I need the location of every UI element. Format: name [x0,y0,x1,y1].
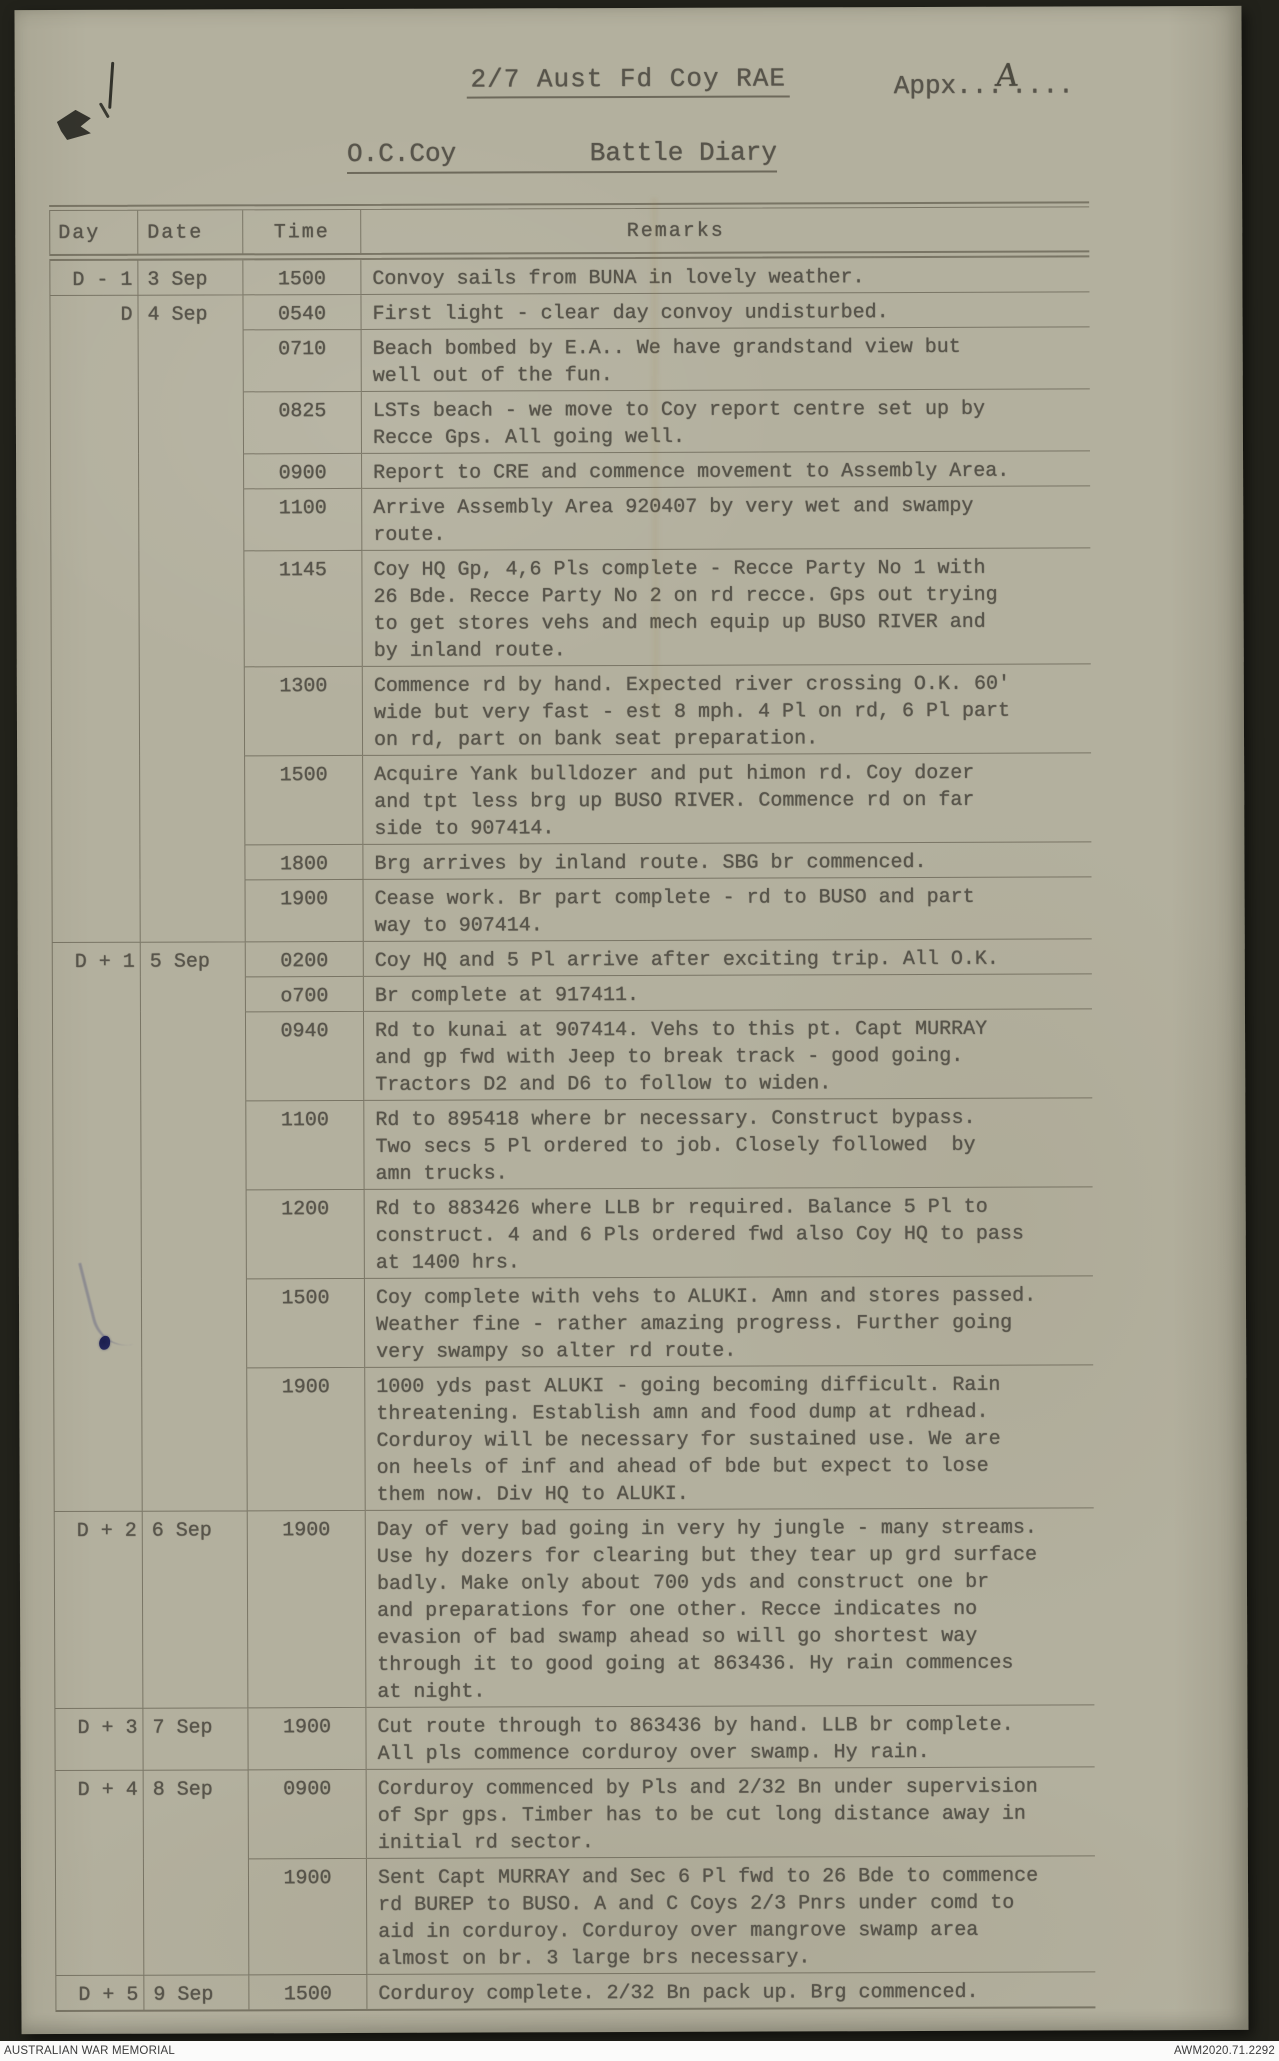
subtitle-spacer [456,138,590,168]
day-cell: D + 2 [54,1511,144,1708]
column-header-day: Day [49,211,138,254]
table-row: 1145 Coy HQ Gp, 4,6 Pls complete - Recce… [50,547,1090,667]
time-cell: 1500 [247,1278,365,1367]
time-cell: 1300 [245,666,363,755]
table-row: D 4 Sep 0540 First light - clear day con… [49,291,1089,330]
remarks-cell: Br complete at 917411. [364,973,1092,1011]
remarks-cell: Day of very bad going in very hy jungle … [366,1507,1095,1707]
day-cell: D + 4 [55,1770,144,1859]
table-row: D + 2 6 Sep 1900 Day of very bad going i… [54,1507,1095,1708]
time-cell: 0710 [244,329,362,391]
day-cell [51,667,140,756]
time-cell: 1500 [243,259,361,294]
remarks-cell: Rd to 895418 where br necessary. Constru… [364,1097,1092,1189]
date-cell [142,1367,247,1510]
remarks-cell: 1000 yds past ALUKI - going becoming dif… [365,1364,1093,1510]
subtitle-diary: Battle Diary [590,137,777,168]
column-header-date: Date [138,210,243,253]
date-cell [141,879,246,941]
time-cell: 0900 [244,453,362,488]
column-header-time: Time [243,210,361,253]
table-row: 1500 Coy complete with vehs to ALUKI. Am… [53,1275,1093,1368]
time-cell: 1900 [248,1510,367,1707]
date-cell: 7 Sep [143,1707,248,1769]
date-cell [139,329,244,391]
appendix-label: Appx...A.... [894,64,1074,101]
remarks-cell: Coy HQ and 5 Pl arrive after exciting tr… [364,938,1092,976]
remarks-cell: Coy HQ Gp, 4,6 Pls complete - Recce Part… [362,547,1090,666]
time-cell: 1900 [249,1858,367,1974]
date-cell [139,391,244,453]
remarks-cell: Report to CRE and commence movement to A… [362,450,1090,488]
day-cell [50,330,139,392]
time-cell: 1145 [244,550,362,666]
table-row: 1900 Cease work. Br part complete - rd t… [52,876,1092,942]
time-cell: 0540 [243,294,361,329]
date-cell [144,1858,249,1974]
remarks-cell: Cut route through to 863436 by hand. LLB… [366,1704,1094,1769]
date-cell [139,550,244,666]
time-cell: o700 [246,976,364,1011]
date-cell [141,1011,246,1100]
subtitle-unit: O.C.Coy [347,139,456,169]
date-cell [139,488,244,550]
date-cell [140,755,245,844]
archive-name: AUSTRALIAN WAR MEMORIAL [4,2045,175,2057]
day-cell: D + 5 [55,1975,144,2010]
table-row: o700 Br complete at 917411. [52,973,1092,1012]
table-row: 1300 Commence rd by hand. Expected river… [51,663,1091,756]
table-row: 1100 Rd to 895418 where br necessary. Co… [52,1097,1092,1190]
table-row: 0900 Report to CRE and commence movement… [50,450,1090,489]
day-cell [50,392,139,454]
table-row: 1900 Sent Capt MURRAY and Sec 6 Pl fwd t… [55,1855,1095,1975]
archive-caption-bar: AUSTRALIAN WAR MEMORIAL AWM2020.71.2292 [0,2041,1279,2061]
date-cell [142,1189,247,1278]
day-cell [50,551,139,667]
date-cell [140,666,245,755]
time-cell: 0825 [244,391,362,453]
table-row: D + 5 9 Sep 1500 Corduroy complete. 2/32… [55,1971,1095,2010]
day-cell [51,756,140,845]
table-row: D + 1 5 Sep 0200 Coy HQ and 5 Pl arrive … [52,938,1092,977]
date-cell [141,1100,246,1189]
time-cell: 1900 [248,1707,366,1769]
time-cell: 1500 [249,1974,367,2009]
day-cell [52,977,141,1012]
remarks-cell: Arrive Assembly Area 920407 by very wet … [362,485,1090,550]
table-row: 0940 Rd to kunai at 907414. Vehs to this… [52,1008,1092,1101]
time-cell: 1900 [246,879,364,941]
remarks-cell: Coy complete with vehs to ALUKI. Amn and… [365,1275,1093,1367]
date-cell: 8 Sep [144,1769,249,1858]
date-cell [140,844,245,879]
date-cell [139,453,244,488]
remarks-cell: First light - clear day convoy undisturb… [361,291,1089,329]
column-header-remarks: Remarks [361,207,1089,253]
remarks-cell: Corduroy complete. 2/32 Bn pack up. Brg … [367,1971,1095,2009]
time-cell: 1200 [247,1189,365,1278]
remarks-cell: Commence rd by hand. Expected river cros… [363,663,1091,755]
day-cell [52,880,141,942]
time-cell: 0940 [246,1011,364,1100]
remarks-cell: Corduroy commenced by Pls and 2/32 Bn un… [367,1766,1095,1858]
date-cell: 9 Sep [144,1974,249,2009]
table-row: 1200 Rd to 883426 where LLB br required.… [53,1186,1093,1279]
table-row: 0825 LSTs beach - we move to Coy report … [50,388,1090,454]
date-cell: 6 Sep [143,1510,249,1707]
paper-tear-mark [57,110,91,140]
handwritten-appendix-letter: A [994,58,1020,94]
scan-background: { "header": { "unit_title": "2/7 Aust Fd… [0,0,1279,2061]
table-header-row: Day Date Time Remarks [49,207,1089,254]
archive-accession-number: AWM2020.71.2292 [1174,2045,1275,2057]
time-cell: 1800 [245,844,363,879]
table-row: D - 1 3 Sep 1500 Convoy sails from BUNA … [49,256,1089,295]
remarks-cell: Sent Capt MURRAY and Sec 6 Pl fwd to 26 … [367,1855,1095,1974]
day-cell: D - 1 [49,260,138,295]
time-cell: 1900 [247,1367,365,1510]
document-subtitle: O.C.Coy Battle Diary [347,137,777,174]
time-cell: 0200 [246,941,364,976]
time-cell: 0900 [249,1769,367,1858]
day-cell [55,1859,144,1975]
date-cell: 3 Sep [138,259,243,294]
remarks-cell: Beach bombed by E.A.. We have grandstand… [362,326,1090,391]
table-row: D + 4 8 Sep 0900 Corduroy commenced by P… [55,1766,1095,1859]
time-cell: 1100 [246,1100,364,1189]
day-cell [50,454,139,489]
day-cell [52,1012,141,1101]
remarks-cell: Brg arrives by inland route. SBG br comm… [363,841,1091,879]
diary-rows: D - 1 3 Sep 1500 Convoy sails from BUNA … [49,256,1095,2012]
remarks-cell: Cease work. Br part complete - rd to BUS… [364,876,1092,941]
day-cell [53,1368,142,1511]
remarks-cell: Convoy sails from BUNA in lovely weather… [361,256,1089,294]
table-row: 1500 Acquire Yank bulldozer and put himo… [51,752,1091,845]
remarks-cell: Rd to 883426 where LLB br required. Bala… [365,1186,1093,1278]
document-page: 2/7 Aust Fd Coy RAE Appx...A.... O.C.Coy… [14,6,1248,2034]
date-cell: 5 Sep [141,941,246,976]
table-row: D + 3 7 Sep 1900 Cut route through to 86… [54,1704,1094,1770]
day-cell: D [49,295,138,330]
time-cell: 1100 [244,488,362,550]
table-row: 0710 Beach bombed by E.A.. We have grand… [50,326,1090,392]
remarks-cell: Rd to kunai at 907414. Vehs to this pt. … [364,1008,1092,1100]
remarks-cell: Acquire Yank bulldozer and put himon rd.… [363,752,1091,844]
table-row: 1900 1000 yds past ALUKI - going becomin… [53,1364,1093,1511]
day-cell: D + 3 [54,1708,143,1770]
date-cell [141,976,246,1011]
date-cell: 4 Sep [138,294,243,329]
table-row: 1100 Arrive Assembly Area 920407 by very… [50,485,1090,551]
day-cell [50,489,139,551]
day-cell [51,845,140,880]
remarks-cell: LSTs beach - we move to Coy report centr… [362,388,1090,453]
time-cell: 1500 [245,755,363,844]
date-cell [142,1278,247,1367]
day-cell: D + 1 [52,942,141,977]
day-cell [52,1101,141,1190]
battle-diary-table: Day Date Time Remarks D - 1 3 Sep 1500 C… [49,201,1095,2012]
table-row: 1800 Brg arrives by inland route. SBG br… [51,841,1091,880]
